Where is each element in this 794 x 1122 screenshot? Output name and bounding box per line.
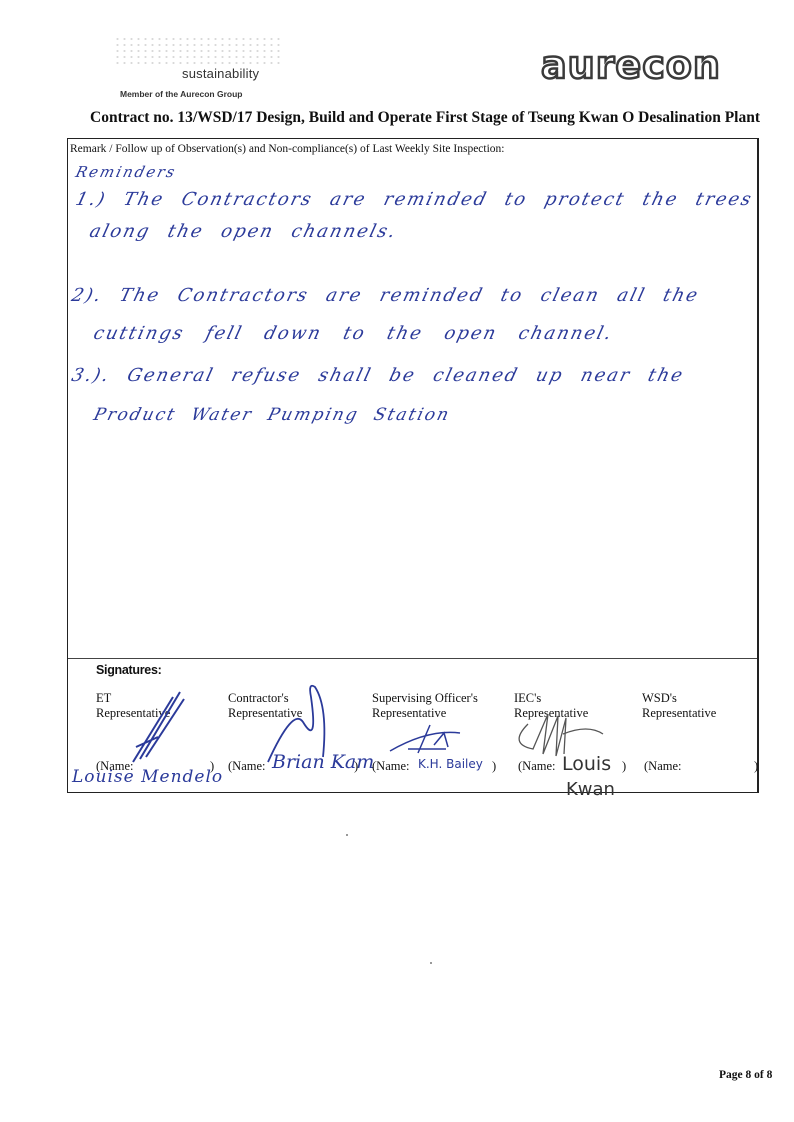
member-note: Member of the Aurecon Group (120, 89, 242, 99)
supervising-officer-signature-scribble (388, 719, 468, 759)
wsd-representative-label: WSD's Representative (642, 691, 782, 721)
inspection-form: Remark / Follow up of Observation(s) and… (67, 138, 759, 793)
et-signature-scribble (128, 687, 198, 767)
aurecon-logo: aurecon (541, 43, 721, 87)
blurred-logo-mark (114, 36, 284, 64)
wsd-name-field: (Name: (644, 759, 681, 774)
handwritten-remark-1a: 1.) The Contractors are reminded to prot… (73, 189, 755, 210)
page-number: Page 8 of 8 (719, 1069, 772, 1081)
et-handwritten-name: Louise Mendelo (72, 767, 223, 787)
handwritten-remark-2b: cuttings fell down to the open channel. (91, 323, 615, 344)
scan-speck (430, 962, 432, 964)
signature-divider (68, 658, 757, 659)
supervising-officer-name-field: (Name: (372, 759, 409, 774)
handwritten-remark-3b: Product Water Pumping Station (92, 405, 453, 425)
handwritten-remark-2a: 2). The Contractors are reminded to clea… (69, 285, 701, 306)
handwritten-remark-3a: 3.). General refuse shall be cleaned up … (69, 365, 686, 386)
logo-tagline: sustainability (182, 66, 259, 81)
consultant-logo: sustainability Member of the Aurecon Gro… (108, 32, 298, 102)
scan-speck (346, 834, 348, 836)
iec-name-field: (Name: (518, 759, 555, 774)
supervising-officer-handwritten-name: K.H. Bailey (418, 757, 483, 771)
handwritten-heading: Reminders (74, 163, 179, 181)
handwritten-remark-1b: along the open channels. (87, 221, 399, 242)
supervising-officer-representative-label: Supervising Officer's Representative (372, 691, 522, 721)
iec-handwritten-name-first: Louis (562, 753, 611, 775)
contract-title: Contract no. 13/WSD/17 Design, Build and… (90, 109, 770, 127)
contractor-handwritten-name: Brian Kam (272, 751, 374, 773)
signatures-heading: Signatures: (96, 663, 161, 677)
remark-label: Remark / Follow up of Observation(s) and… (70, 143, 504, 155)
contractor-name-field: (Name: (228, 759, 265, 774)
iec-handwritten-name-last: Kwan (566, 779, 615, 800)
